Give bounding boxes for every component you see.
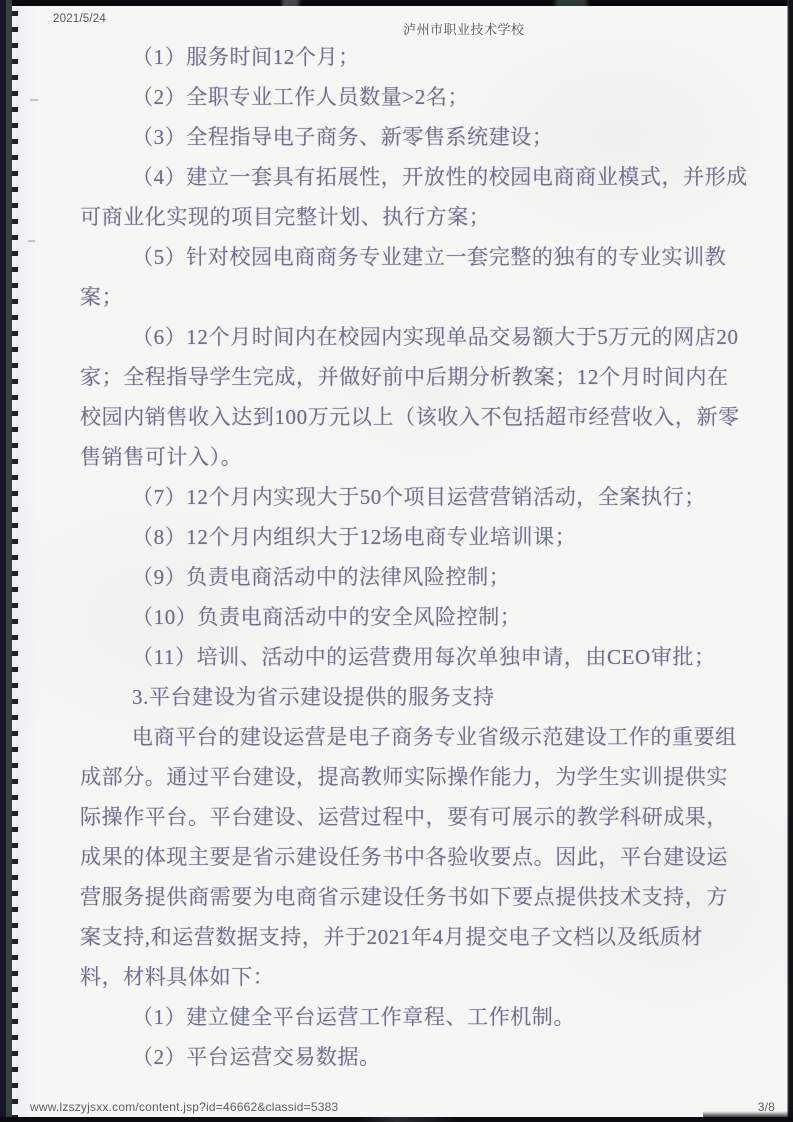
header-title: 泸州市职业技术学校 [403,19,525,38]
scan-edge-bottom [0,1117,793,1122]
print-footer: www.lzszyjsxx.com/content.jsp?id=46662&c… [30,1100,775,1114]
text-line: （10）负责电商活动中的安全风险控制； [80,597,752,637]
text-line: （11）培训、活动中的运营费用每次单独申请，由CEO审批； [80,637,752,677]
print-header: 2021/5/24 泸州市职业技术学校 [0,0,793,36]
text-line: 家；全程指导学生完成，并做好前中后期分析教案；12个月时间内在 [80,357,752,397]
text-line: 际操作平台。平台建设、运营过程中，要有可展示的教学科研成果， [80,797,752,837]
footer-url: www.lzszyjsxx.com/content.jsp?id=46662&c… [30,1100,338,1114]
text-line: （4）建立一套具有拓展性，开放性的校园电商商业模式，并形成 [80,157,752,197]
text-line: （8）12个月内组织大于12场电商专业培训课； [80,517,752,557]
text-line: （3）全程指导电子商务、新零售系统建设； [80,117,752,157]
text-line: （1）建立健全平台运营工作章程、工作机制。 [80,997,752,1037]
scan-edge-right [787,0,793,1122]
text-line: 售销售可计入）。 [80,437,752,477]
text-line: （2）平台运营交易数据。 [80,1037,752,1077]
text-line: 成部分。通过平台建设，提高教师实际操作能力，为学生实训提供实 [80,757,752,797]
text-line: （2）全职专业工作人员数量>2名； [80,77,752,117]
header-date: 2021/5/24 [53,13,106,25]
scan-edge-left [0,0,12,1122]
text-line: （7）12个月内实现大于50个项目运营营销活动，全案执行； [80,477,752,517]
text-line: （1）服务时间12个月； [80,37,752,77]
text-line: （6）12个月时间内在校园内实现单品交易额大于5万元的网店20 [80,317,752,357]
footer-page-number: 3/8 [758,1100,775,1114]
text-line: 料，材料具体如下： [80,957,752,997]
text-line: 案； [80,277,752,317]
scanned-document-page: 2021/5/24 泸州市职业技术学校 （1）服务时间12个月；（2）全职专业工… [0,0,793,1122]
text-line: 校园内销售收入达到100万元以上（该收入不包括超市经营收入，新零 [80,397,752,437]
text-line: （5）针对校园电商商务专业建立一套完整的独有的专业实训教 [80,237,752,277]
text-line: 电商平台的建设运营是电子商务专业省级示范建设工作的重要组 [80,717,752,757]
text-line: 成果的体现主要是省示建设任务书中各验收要点。因此，平台建设运 [80,837,752,877]
document-body: （1）服务时间12个月；（2）全职专业工作人员数量>2名；（3）全程指导电子商务… [80,37,752,1077]
scan-smudge [28,240,35,242]
text-line: 可商业化实现的项目完整计划、执行方案； [80,197,752,237]
scan-smudge [30,99,38,101]
text-line: 3.平台建设为省示建设提供的服务支持 [80,677,752,717]
text-line: （9）负责电商活动中的法律风险控制； [80,557,752,597]
text-line: 案支持,和运营数据支持，并于2021年4月提交电子文档以及纸质材 [80,917,752,957]
scan-edge-left-binding-teeth [12,0,18,1122]
text-line: 营服务提供商需要为电商省示建设任务书如下要点提供技术支持，方 [80,877,752,917]
